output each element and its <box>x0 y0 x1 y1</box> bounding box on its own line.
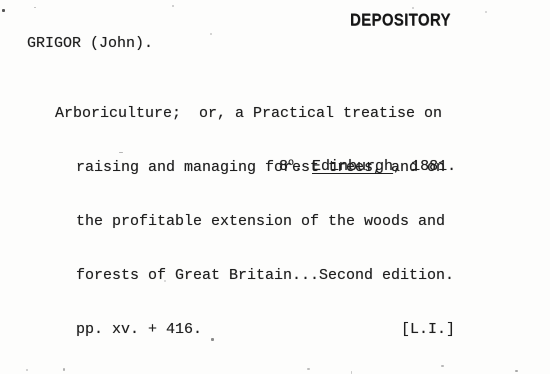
scan-speck <box>441 365 444 367</box>
author-heading: GRIGOR (John). <box>27 35 153 53</box>
collation-line: pp. xv. + 416. [L.I.] <box>76 321 455 339</box>
scan-speck <box>515 370 518 372</box>
title-line-1: Arboriculture; or, a Practical treatise … <box>55 105 455 123</box>
scan-speck <box>307 368 310 370</box>
imprint-date: , 1881. <box>393 158 456 175</box>
shelfmark: [L.I.] <box>401 321 455 339</box>
imprint-format-superscript: o <box>288 158 294 169</box>
scan-speck <box>34 7 36 8</box>
scan-speck <box>485 11 487 13</box>
title-line-4: forests of Great Britain...Second editio… <box>76 267 455 285</box>
scan-speck <box>211 338 214 341</box>
scan-speck <box>164 280 166 282</box>
catalog-card: DEPOSITORY GRIGOR (John). Arboriculture;… <box>0 0 550 374</box>
imprint-line: 8o. Edinburgh, 1881. <box>279 158 456 176</box>
scan-speck <box>26 369 28 371</box>
imprint-format: 8 <box>279 158 288 175</box>
depository-stamp: DEPOSITORY <box>350 11 451 29</box>
scan-speck <box>119 152 123 153</box>
pagination: pp. xv. + 416. <box>76 321 202 339</box>
scan-speck <box>63 368 65 371</box>
scan-speck <box>210 33 212 35</box>
scan-speck <box>2 9 5 12</box>
title-line-3: the profitable extension of the woods an… <box>76 213 455 231</box>
scan-speck <box>172 5 174 7</box>
imprint-separator: . <box>294 158 312 175</box>
imprint-place: Edinburgh <box>312 158 393 175</box>
scan-speck <box>412 7 414 9</box>
title-paragraph: Arboriculture; or, a Practical treatise … <box>76 69 455 374</box>
